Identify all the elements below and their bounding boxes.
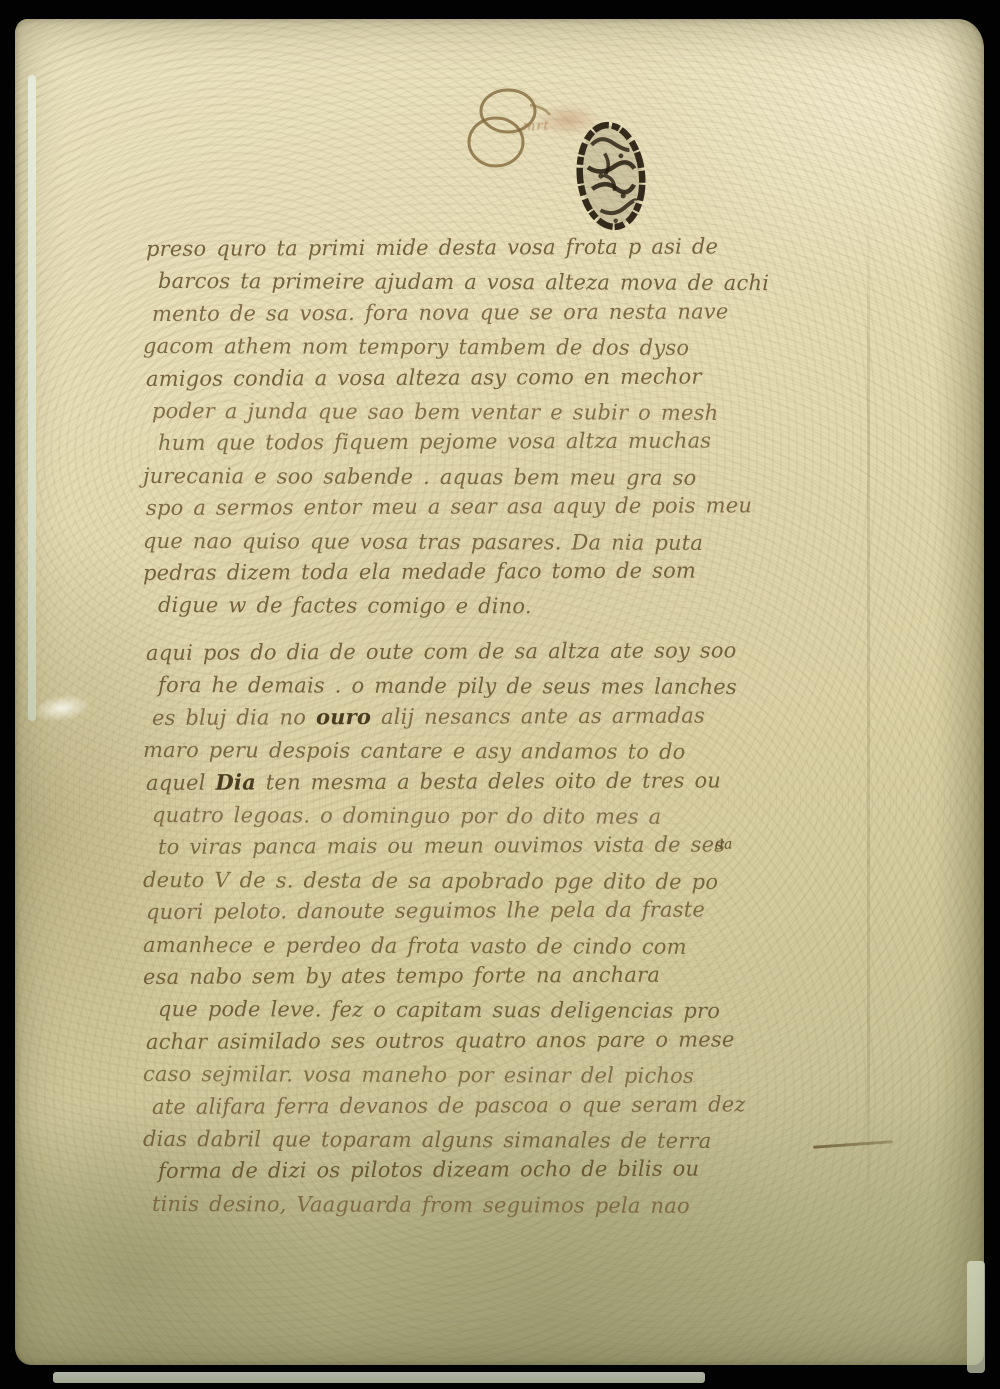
handwritten-text: hum que todos fiquem pejome vosa altza m…	[158, 429, 711, 455]
handwritten-text: quori peloto. danoute seguimos lhe pela …	[146, 898, 705, 924]
underpage-edge-left	[28, 75, 36, 721]
archive-stamp-icon	[565, 113, 657, 239]
text-block: preso quro ta primi mide desta vosa frot…	[143, 233, 891, 1235]
handwritten-text: esa nabo sem by ates tempo forte na anch…	[143, 963, 660, 989]
manuscript-line: quori peloto. danoute seguimos lhe pela …	[146, 893, 891, 929]
manuscript-line: es bluj dia no ouro alij nesancs ante as…	[152, 698, 891, 734]
manuscript-line: pedras dizem toda ela medade faco tomo d…	[143, 554, 891, 590]
manuscript-line: tinis desino, Vaaguarda from seguimos pe…	[152, 1188, 891, 1223]
handwritten-text: que pode leve. fez o capitam suas delige…	[158, 997, 720, 1023]
handwritten-text: deuto V de s. desta de sa apobrado pge d…	[143, 868, 718, 894]
handwritten-text: fora he demais . o mande pily de seus me…	[158, 673, 737, 699]
handwritten-text: amanhece e perdeo da frota vasto de cind…	[143, 933, 687, 959]
handwritten-text: pedras dizem toda ela medade faco tomo d…	[143, 559, 696, 585]
underpage-edge-bottom-right	[967, 1261, 985, 1373]
flourish-annotation: mrt	[523, 119, 550, 134]
manuscript-line: forma de dizi os pilotos dizeam ocho de …	[158, 1152, 891, 1188]
handwritten-text: ate alifara ferra devanos de pascoa o qu…	[152, 1092, 746, 1119]
handwritten-text: poder a junda que sao bem ventar e subir…	[152, 399, 718, 425]
manuscript-line: mento de sa vosa. fora nova que se ora n…	[152, 295, 891, 331]
handwritten-text: quatro legoas. o dominguo por do dito me…	[152, 803, 661, 829]
manuscript-paragraph: preso quro ta primi mide desta vosa frot…	[143, 233, 891, 622]
handwritten-text: mento de sa vosa. fora nova que se ora n…	[152, 299, 729, 326]
manuscript-line: hum que todos fiquem pejome vosa altza m…	[158, 424, 891, 460]
manuscript-line: amigos condia a vosa alteza asy como en …	[146, 359, 891, 395]
manuscript-line: aquel Dia ten mesma a besta deles oito d…	[146, 763, 891, 799]
underpage-edge-bottom	[53, 1372, 705, 1383]
handwritten-text: aquel	[146, 770, 216, 794]
handwritten-text: caso sejmilar. vosa maneho por esinar de…	[143, 1062, 694, 1088]
handwritten-text: preso quro ta primi mide desta vosa frot…	[146, 235, 718, 261]
handwritten-text: barcos ta primeire ajudam a vosa alteza …	[158, 269, 769, 295]
emphasized-word: ouro	[316, 704, 371, 729]
handwritten-text: es bluj dia no	[152, 705, 316, 730]
handwritten-text: achar asimilado ses outros quatro anos p…	[146, 1027, 735, 1054]
photo-background: mrt preso quro ta primi mide desta vosa …	[0, 0, 1000, 1389]
emphasized-word: Dia	[215, 769, 256, 794]
manuscript-page: mrt preso quro ta primi mide desta vosa …	[15, 19, 984, 1365]
handwritten-text: forma de dizi os pilotos dizeam ocho de …	[158, 1157, 699, 1183]
handwritten-text: spo a sermos entor meu a sear asa aquy d…	[146, 494, 752, 521]
handwritten-text: dias dabril que toparam alguns simanales…	[143, 1127, 712, 1153]
handwritten-text: maro peru despois cantare e asy andamos …	[143, 738, 686, 764]
handwritten-text: aqui pos do dia de oute com de sa altza …	[146, 638, 737, 665]
handwritten-text: que nao quiso que vosa tras pasares. Da …	[143, 529, 703, 555]
manuscript-paragraph: aqui pos do dia de oute com de sa altza …	[143, 637, 891, 1220]
manuscript-line: digue w de factes comigo e dino.	[158, 589, 891, 624]
manuscript-line: esa nabo sem by ates tempo forte na anch…	[143, 958, 891, 994]
manuscript-line: aqui pos do dia de oute com de sa altza …	[146, 634, 891, 670]
handwritten-text: alij nesancs ante as armadas	[371, 703, 705, 728]
handwritten-text: amigos condia a vosa alteza asy como en …	[146, 364, 702, 390]
left-edge-tear	[31, 691, 92, 725]
handwritten-text: ten mesma a besta deles oito de tres ou	[256, 768, 721, 794]
manuscript-line: achar asimilado ses outros quatro anos p…	[146, 1022, 891, 1058]
manuscript-line: preso quro ta primi mide desta vosa frot…	[146, 230, 891, 266]
manuscript-line: spo a sermos entor meu a sear asa aquy d…	[146, 489, 891, 525]
handwritten-text: digue w de factes comigo e dino.	[158, 593, 532, 618]
handwritten-text: jurecania e soo sabende . aquas bem meu …	[143, 464, 697, 490]
manuscript-line: to viras panca mais ou meun ouvimos vist…	[158, 828, 891, 864]
handwritten-text: tinis desino, Vaaguarda from seguimos pe…	[152, 1192, 690, 1218]
handwritten-text: to viras panca mais ou meun ouvimos vist…	[158, 833, 725, 859]
manuscript-line: ate alifara ferra devanos de pascoa o qu…	[152, 1087, 891, 1123]
handwritten-text: gacom athem nom tempory tambem de dos dy…	[143, 334, 689, 360]
interline-insertion: da	[714, 836, 732, 853]
